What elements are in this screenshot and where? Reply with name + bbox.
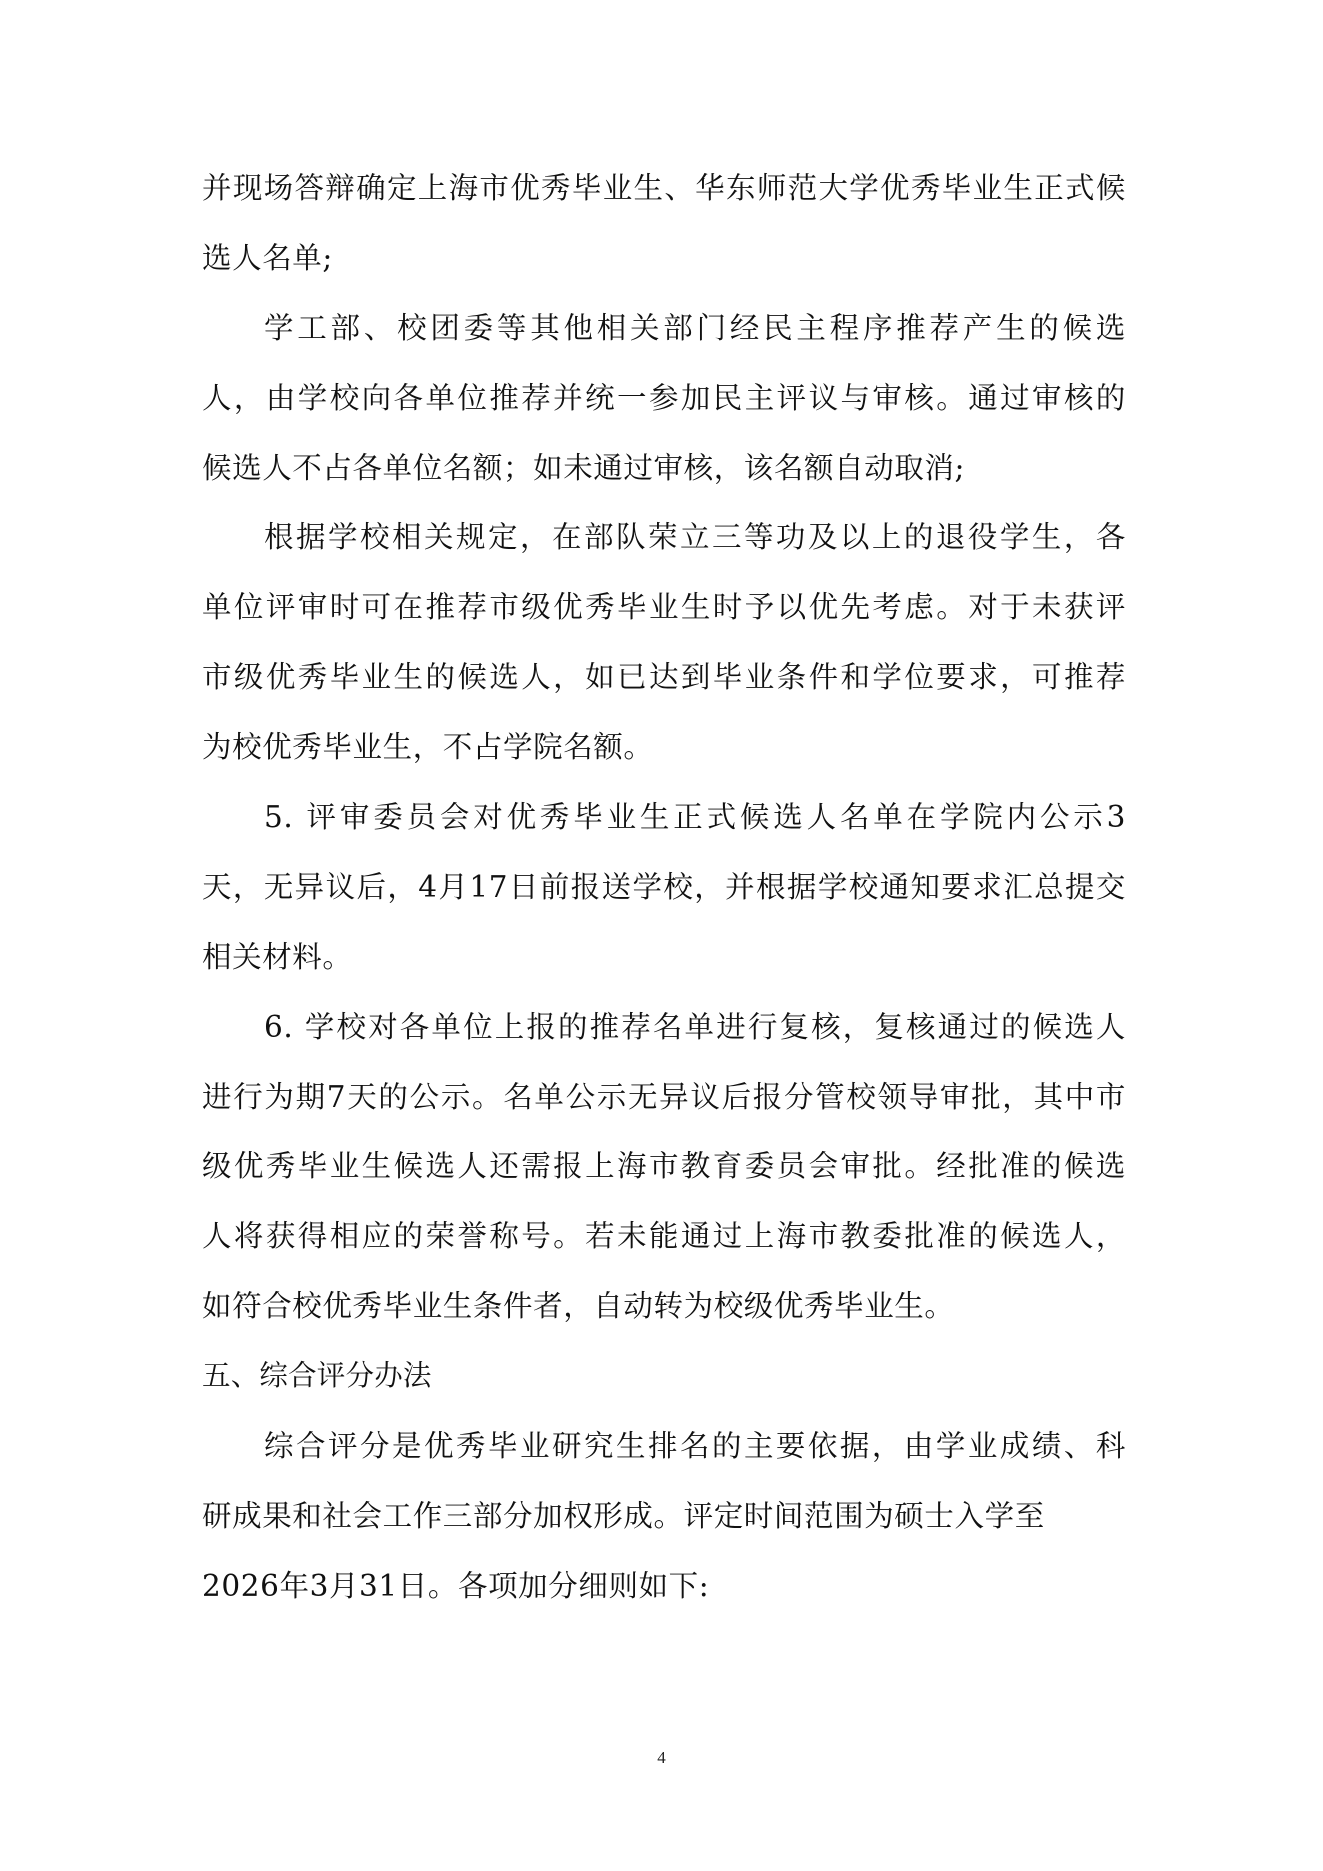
text-line: 相关材料。 <box>202 941 1126 1011</box>
text-line: 进行为期7天的公示。名单公示无异议后报分管校领导审批，其中市 <box>202 1081 1126 1151</box>
text-line: 单位评审时可在推荐市级优秀毕业生时予以优先考虑。对于未获评 <box>202 591 1126 661</box>
text-line: 并现场答辩确定上海市优秀毕业生、华东师范大学优秀毕业生正式候 <box>202 172 1126 242</box>
paragraph-first-line: 综合评分是优秀毕业研究生排名的主要依据，由学业成绩、科 <box>202 1430 1126 1500</box>
text-line: 研成果和社会工作三部分加权形成。评定时间范围为硕士入学至 <box>202 1500 1126 1570</box>
text-line: 候选人不占各单位名额；如未通过审核，该名额自动取消; <box>202 452 1126 522</box>
text-line: 级优秀毕业生候选人还需报上海市教育委员会审批。经批准的候选 <box>202 1150 1126 1220</box>
text-line: 2026年3月31日。各项加分细则如下: <box>202 1570 1126 1640</box>
document-body: 并现场答辩确定上海市优秀毕业生、华东师范大学优秀毕业生正式候 选人名单; 学工部… <box>202 172 1126 1640</box>
page-number: 4 <box>0 1748 1323 1768</box>
paragraph-first-line: 学工部、校团委等其他相关部门经民主程序推荐产生的候选 <box>202 312 1126 382</box>
text-line: 为校优秀毕业生，不占学院名额。 <box>202 731 1126 801</box>
numbered-item-5: 5. 评审委员会对优秀毕业生正式候选人名单在学院内公示3 <box>202 801 1126 871</box>
numbered-item-6: 6. 学校对各单位上报的推荐名单进行复核，复核通过的候选人 <box>202 1011 1126 1081</box>
text-line: 人将获得相应的荣誉称号。若未能通过上海市教委批准的候选人， <box>202 1220 1126 1290</box>
text-line: 选人名单; <box>202 242 1126 312</box>
text-line: 天，无异议后，4月17日前报送学校，并根据学校通知要求汇总提交 <box>202 871 1126 941</box>
document-page: 并现场答辩确定上海市优秀毕业生、华东师范大学优秀毕业生正式候 选人名单; 学工部… <box>0 0 1323 1871</box>
text-line: 市级优秀毕业生的候选人，如已达到毕业条件和学位要求，可推荐 <box>202 661 1126 731</box>
section-heading: 五、综合评分办法 <box>202 1360 1126 1430</box>
text-line: 如符合校优秀毕业生条件者，自动转为校级优秀毕业生。 <box>202 1290 1126 1360</box>
text-line: 人，由学校向各单位推荐并统一参加民主评议与审核。通过审核的 <box>202 382 1126 452</box>
paragraph-first-line: 根据学校相关规定，在部队荣立三等功及以上的退役学生，各 <box>202 521 1126 591</box>
